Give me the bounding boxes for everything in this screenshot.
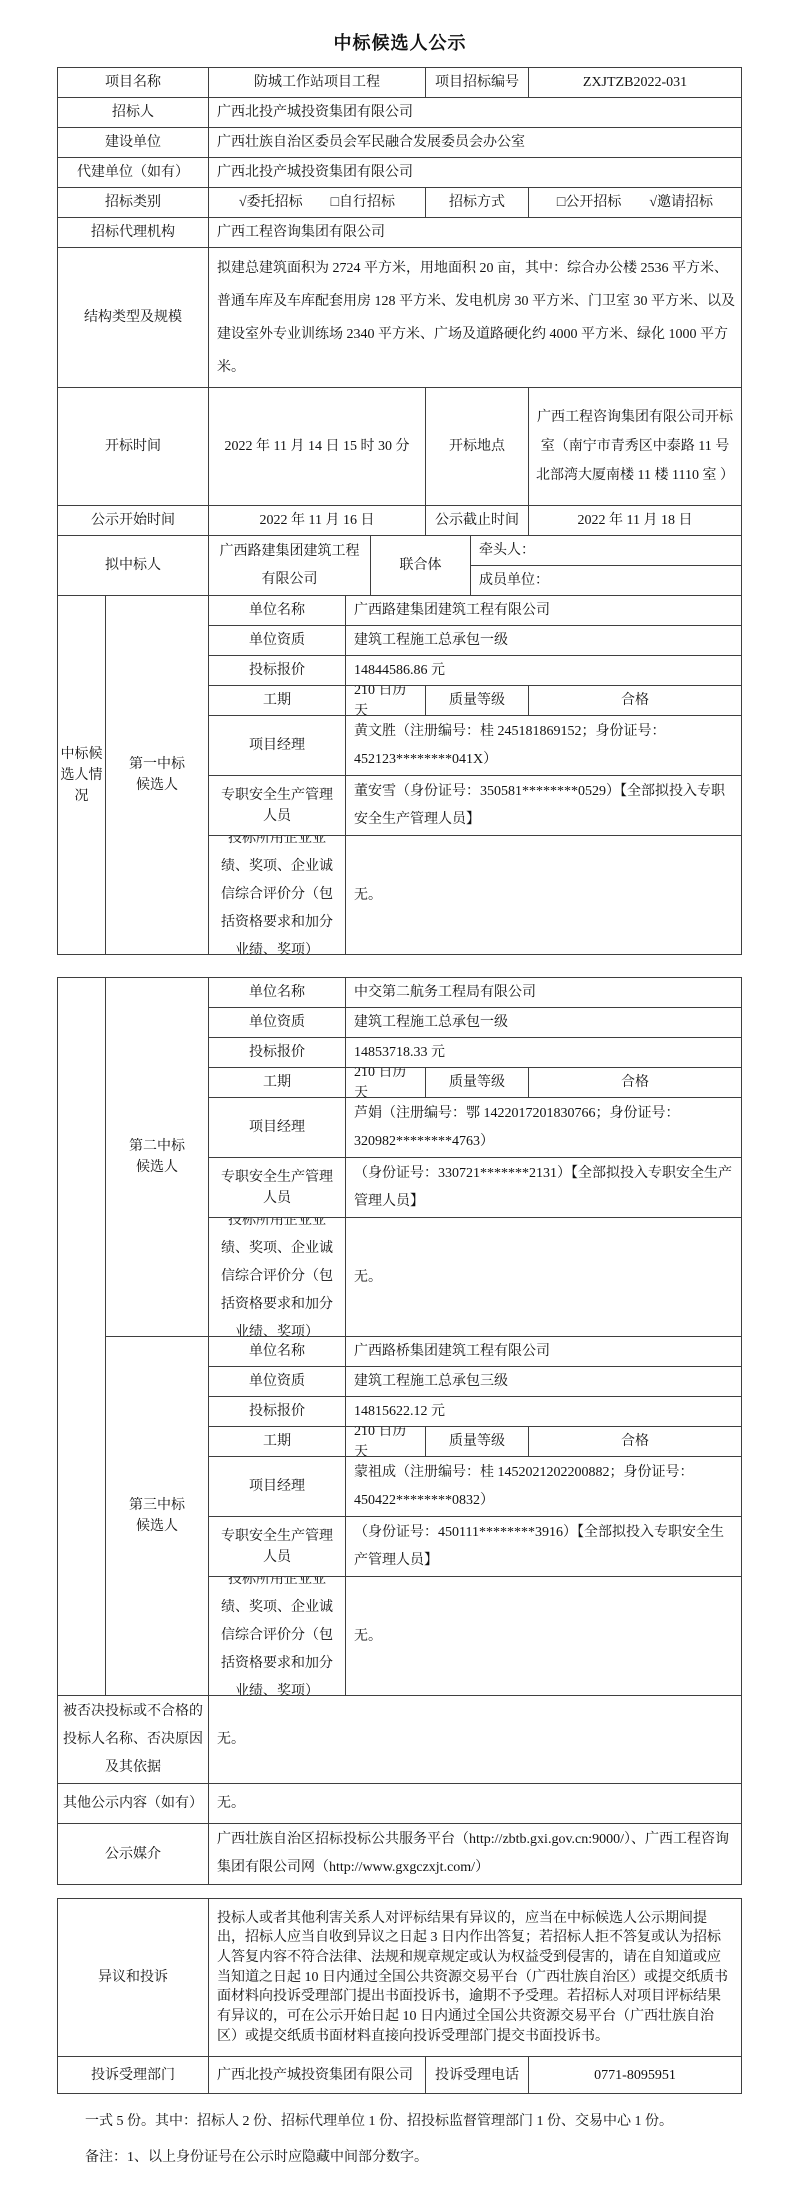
structure-scale-value: 拟建总建筑面积为 2724 平方米，用地面积 20 亩，其中：综合办公楼 253… <box>209 248 741 387</box>
bid-opening-time-label: 开标时间 <box>58 388 209 505</box>
quality-grade-label: 质量等级 <box>426 1068 529 1097</box>
publicity-media-value: 广西壮族自治区招标投标公共服务平台（http://zbtb.gxi.gov.cn… <box>209 1824 741 1884</box>
publicity-start-value: 2022 年 11 月 16 日 <box>209 506 426 535</box>
agent-construction-unit-label: 代建单位（如有） <box>58 158 209 187</box>
safety-officer-label: 专职安全生产管理人员 <box>209 776 346 835</box>
candidate-1-unit-qualification: 建筑工程施工总承包一级 <box>346 626 741 655</box>
candidate-2-safety-officer: （身份证号：330721*******2131）【全部拟投入专职安全生产管理人员… <box>346 1158 741 1217</box>
candidate-1-quality: 合格 <box>529 686 741 715</box>
candidate-3-safety-officer: （身份证号：450111********3916）【全部拟投入专职安全生产管理人… <box>346 1517 741 1576</box>
quality-grade-label: 质量等级 <box>426 1427 529 1456</box>
proposed-winner-value: 广西路建集团建筑工程有限公司 <box>209 536 371 595</box>
rejected-bids-value: 无。 <box>209 1696 741 1783</box>
candidate-1-project-manager: 黄文胜（注册编号：桂 245181869152；身份证号：452123*****… <box>346 716 741 775</box>
candidate-3-block: 第三中标候选人 单位名称 广西路桥集团建筑工程有限公司 单位资质 建筑工程施工总… <box>106 1337 741 1695</box>
complaint-dept-label: 投诉受理部门 <box>58 2057 209 2093</box>
candidate-2-unit-name: 中交第二航务工程局有限公司 <box>346 978 741 1007</box>
complaint-dept-value: 广西北投产城投资集团有限公司 <box>209 2057 426 2093</box>
bid-price-label: 投标报价 <box>209 656 346 685</box>
unit-name-label: 单位名称 <box>209 978 346 1007</box>
project-manager-label: 项目经理 <box>209 1457 346 1516</box>
candidate-1-performance: 无。 <box>346 836 741 954</box>
tenderer-label: 招标人 <box>58 98 209 127</box>
consortium-leader: 牵头人： <box>471 536 741 565</box>
tenderer-value: 广西北投产城投资集团有限公司 <box>209 98 741 127</box>
candidate-3-bid-price: 14815622.12 元 <box>346 1397 741 1426</box>
candidate-3-unit-qualification: 建筑工程施工总承包三级 <box>346 1367 741 1396</box>
performance-label: 投标所用企业业绩、奖项、企业诚信综合评价分（包括资格要求和加分业绩、奖项） <box>209 836 346 954</box>
publicity-end-label: 公示截止时间 <box>426 506 529 535</box>
candidate-1-bid-price: 14844586.86 元 <box>346 656 741 685</box>
candidate-2-quality: 合格 <box>529 1068 741 1097</box>
unit-name-label: 单位名称 <box>209 596 346 625</box>
copies-note: 一式 5 份。其中：招标人 2 份、招标代理单位 1 份、招投标监督管理部门 1… <box>85 2110 685 2134</box>
proposed-winner-label: 拟中标人 <box>58 536 209 595</box>
duration-label: 工期 <box>209 686 346 715</box>
remark-note: 备注：1、以上身份证号在公示时应隐藏中间部分数字。 <box>85 2146 685 2170</box>
publicity-start-label: 公示开始时间 <box>58 506 209 535</box>
safety-officer-label: 专职安全生产管理人员 <box>209 1158 346 1217</box>
candidate-3-duration: 210 日历天 <box>346 1427 426 1456</box>
project-name-value: 防城工作站项目工程 <box>209 68 426 97</box>
safety-officer-label: 专职安全生产管理人员 <box>209 1517 346 1576</box>
candidate-3-project-manager: 蒙祖成（注册编号：桂 1452021202200882；身份证号：450422*… <box>346 1457 741 1516</box>
publicity-end-value: 2022 年 11 月 18 日 <box>529 506 741 535</box>
construction-unit-label: 建设单位 <box>58 128 209 157</box>
candidate-1-unit-name: 广西路建集团建筑工程有限公司 <box>346 596 741 625</box>
candidate-1-block: 中标候选人情况 第一中标候选人 单位名称 广西路建集团建筑工程有限公司 单位资质… <box>58 596 741 954</box>
bid-opening-time-value: 2022 年 11 月 14 日 15 时 30 分 <box>209 388 426 505</box>
candidate-3-performance: 无。 <box>346 1577 741 1695</box>
unit-qualification-label: 单位资质 <box>209 1367 346 1396</box>
complaint-phone-label: 投诉受理电话 <box>426 2057 529 2093</box>
bid-code-value: ZXJTZB2022-031 <box>529 68 741 97</box>
project-manager-label: 项目经理 <box>209 1098 346 1157</box>
candidate-1-rank-label: 第一中标候选人 <box>106 596 209 954</box>
construction-unit-value: 广西壮族自治区委员会军民融合发展委员会办公室 <box>209 128 741 157</box>
complaint-phone-value: 0771-8095951 <box>529 2057 741 2093</box>
candidate-2-rank-label: 第二中标候选人 <box>106 978 209 1336</box>
candidate-2-block: 第二中标候选人 单位名称 中交第二航务工程局有限公司 单位资质 建筑工程施工总承… <box>106 978 741 1337</box>
bid-price-label: 投标报价 <box>209 1397 346 1426</box>
candidate-2-duration: 210 日历天 <box>346 1068 426 1097</box>
candidate-2-bid-price: 14853718.33 元 <box>346 1038 741 1067</box>
bid-code-label: 项目招标编号 <box>426 68 529 97</box>
bid-opening-place-value: 广西工程咨询集团有限公司开标室（南宁市青秀区中泰路 11 号北部湾大厦南楼 11… <box>529 388 741 505</box>
candidate-3-rank-label: 第三中标候选人 <box>106 1337 209 1695</box>
tender-category-value: √委托招标 □自行招标 <box>209 188 426 217</box>
quality-grade-label: 质量等级 <box>426 686 529 715</box>
tender-category-label: 招标类别 <box>58 188 209 217</box>
unit-qualification-label: 单位资质 <box>209 626 346 655</box>
tender-agency-label: 招标代理机构 <box>58 218 209 247</box>
candidate-1-safety-officer: 董安雪（身份证号：350581********0529）【全部拟投入专职安全生产… <box>346 776 741 835</box>
page-title: 中标候选人公示 <box>0 0 800 57</box>
candidates-section-label: 中标候选人情况 <box>58 596 106 954</box>
tender-method-label: 招标方式 <box>426 188 529 217</box>
candidate-2-unit-qualification: 建筑工程施工总承包一级 <box>346 1008 741 1037</box>
duration-label: 工期 <box>209 1068 346 1097</box>
tender-agency-value: 广西工程咨询集团有限公司 <box>209 218 741 247</box>
candidates-section-spacer <box>58 978 106 1695</box>
publicity-media-label: 公示媒介 <box>58 1824 209 1884</box>
other-content-value: 无。 <box>209 1784 741 1823</box>
consortium-label: 联合体 <box>371 536 471 595</box>
performance-label: 投标所用企业业绩、奖项、企业诚信综合评价分（包括资格要求和加分业绩、奖项） <box>209 1577 346 1695</box>
objection-table: 异议和投诉 投标人或者其他利害关系人对评标结果有异议的，应当在中标候选人公示期间… <box>57 1898 742 2094</box>
candidate-1-duration: 210 日历天 <box>346 686 426 715</box>
tender-method-value: □公开招标 √邀请招标 <box>529 188 741 217</box>
unit-name-label: 单位名称 <box>209 1337 346 1366</box>
unit-qualification-label: 单位资质 <box>209 1008 346 1037</box>
consortium-members: 成员单位： <box>471 566 741 595</box>
candidate-2-project-manager: 芦娟（注册编号：鄂 1422017201830766；身份证号：320982**… <box>346 1098 741 1157</box>
structure-scale-label: 结构类型及规模 <box>58 248 209 387</box>
candidates-2-3-table: 第二中标候选人 单位名称 中交第二航务工程局有限公司 单位资质 建筑工程施工总承… <box>57 977 742 1885</box>
performance-label: 投标所用企业业绩、奖项、企业诚信综合评价分（包括资格要求和加分业绩、奖项） <box>209 1218 346 1336</box>
agent-construction-unit-value: 广西北投产城投资集团有限公司 <box>209 158 741 187</box>
candidate-3-unit-name: 广西路桥集团建筑工程有限公司 <box>346 1337 741 1366</box>
duration-label: 工期 <box>209 1427 346 1456</box>
rejected-bids-label: 被否决投标或不合格的投标人名称、否决原因及其依据 <box>58 1696 209 1783</box>
bid-opening-place-label: 开标地点 <box>426 388 529 505</box>
other-content-label: 其他公示内容（如有） <box>58 1784 209 1823</box>
bid-price-label: 投标报价 <box>209 1038 346 1067</box>
candidate-2-performance: 无。 <box>346 1218 741 1336</box>
project-manager-label: 项目经理 <box>209 716 346 775</box>
project-name-label: 项目名称 <box>58 68 209 97</box>
main-info-table: 项目名称 防城工作站项目工程 项目招标编号 ZXJTZB2022-031 招标人… <box>57 67 742 955</box>
objection-label: 异议和投诉 <box>58 1899 209 2056</box>
candidate-3-quality: 合格 <box>529 1427 741 1456</box>
objection-value: 投标人或者其他利害关系人对评标结果有异议的，应当在中标候选人公示期间提出，招标人… <box>209 1899 741 2056</box>
